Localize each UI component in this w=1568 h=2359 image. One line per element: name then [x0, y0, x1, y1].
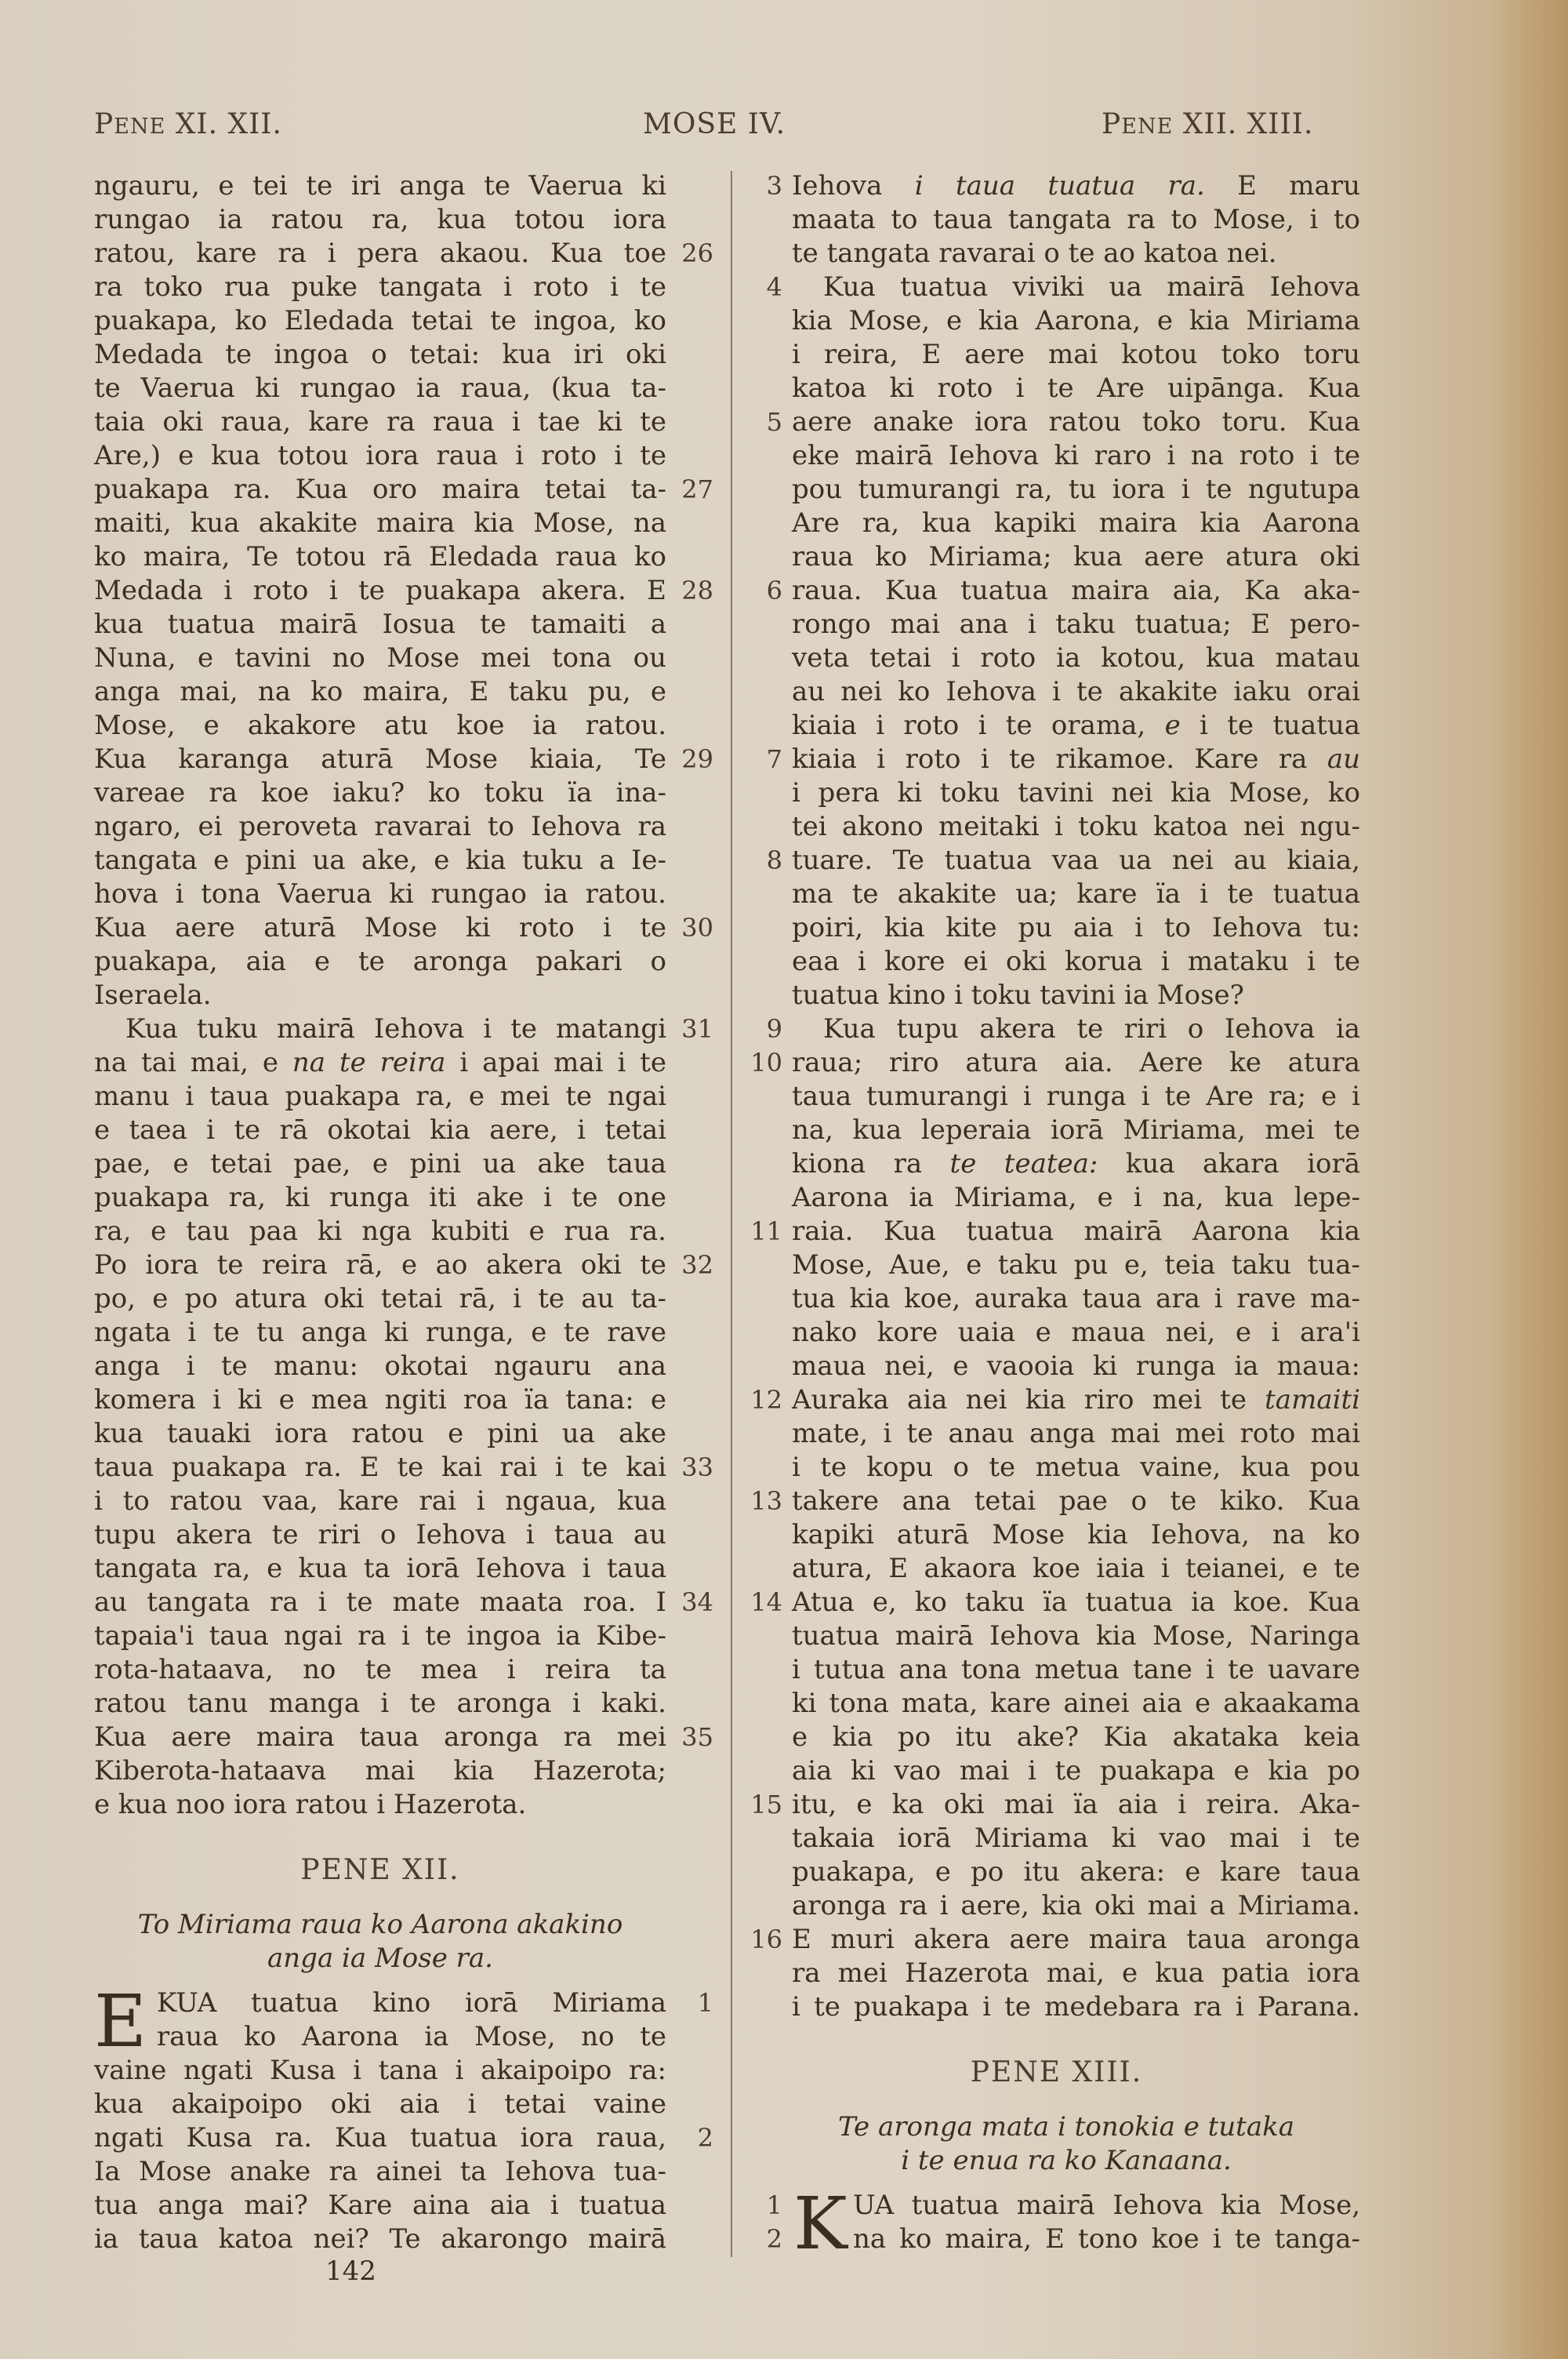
text-line: tupu akera te riri o Iehova i taua au [94, 1518, 706, 1552]
chapter-heading: PENE XII. [94, 1833, 666, 1908]
text-run: taia oki raua, kare ra raua i tae ki te [94, 406, 666, 438]
text-run: taua tumurangi i runga i te Are ra; e i [792, 1081, 1360, 1112]
text-line: maata to taua tangata ra to Mose, i to [753, 203, 1380, 237]
verse-text: puakapa ra. Kua oro maira tetai ta- [94, 473, 666, 507]
text-line: tuare. Te tuatua vaa ua nei au kiaia,8 [753, 844, 1380, 878]
text-line: tei akono meitaki i toku katoa nei ngu- [753, 810, 1380, 844]
verse-text: na ko maira, E tono koe i te tanga- [853, 2223, 1360, 2256]
verse-text: tupu akera te riri o Iehova i taua au [94, 1518, 666, 1552]
text-run: Medada te ingoa o tetai: kua iri oki [94, 339, 666, 370]
text-run: kia Mose, e kia Aarona, e kia Miriama [792, 305, 1360, 336]
verse-number: 26 [674, 237, 713, 271]
verse-text: ratou tanu manga i te aronga i kaki. [94, 1687, 666, 1721]
text-line: te tangata ravarai o te ao katoa nei. [753, 237, 1380, 271]
verse-number: 33 [674, 1451, 713, 1485]
italic-text-run: au [1327, 743, 1360, 775]
text-run: puakapa, aia e te aronga pakari o [94, 946, 666, 977]
spacer [753, 2024, 1380, 2035]
text-run: rongo mai ana i taku tuatua; E pero- [792, 609, 1360, 640]
text-line: eaa i kore ei oki korua i mataku i te [753, 945, 1380, 979]
spacer [94, 1822, 706, 1833]
text-run: raua. Kua tuatua maira aia, Ka aka- [792, 575, 1360, 606]
verse-number: 11 [746, 1215, 782, 1249]
verse-number: 1 [674, 1986, 713, 2020]
verse-number: 4 [746, 271, 782, 304]
verse-text: maiti, kua akakite maira kia Mose, na [94, 507, 666, 540]
text-run: Are,) e kua totou iora raua i roto i te [94, 440, 666, 471]
verse-text: takere ana tetai pae o te kiko. Kua [792, 1485, 1360, 1518]
text-run: i tutua ana tona metua tane i te uavare [792, 1654, 1360, 1685]
text-run: tangata e pini ua ake, e kia tuku a Ie- [94, 845, 666, 876]
verse-text: kiaia i roto i te orama, e i te tuatua [792, 709, 1360, 743]
text-line: e kua noo iora ratou i Hazerota. [94, 1788, 706, 1822]
text-line: raua. Kua tuatua maira aia, Ka aka-6 [753, 574, 1380, 608]
verse-text: itu, e ka oki mai ïa aia i reira. Aka- [792, 1788, 1360, 1822]
text-line: taia oki raua, kare ra raua i tae ki te [94, 405, 706, 439]
verse-text: maua nei, e vaooia ki runga ia maua: [792, 1350, 1360, 1383]
verse-text: i te puakapa i te medebara ra i Parana. [792, 1990, 1360, 2024]
chapter-summary: To Miriama raua ko Aarona akakino [94, 1908, 666, 1942]
text-line: aia ki vao mai i te puakapa e kia po [753, 1754, 1380, 1788]
verse-text: i reira, E aere mai kotou toko toru [792, 338, 1360, 372]
text-run: ra mei Hazerota mai, e kua patia iora [792, 1957, 1360, 1989]
verse-text: tuatua kino i toku tavini ia Mose? [792, 979, 1360, 1012]
text-run: puakapa, e po itu akera: e kare taua [792, 1856, 1360, 1888]
text-line: i te puakapa i te medebara ra i Parana. [753, 1990, 1380, 2024]
text-run: rungao ia ratou ra, kua totou iora [94, 204, 666, 235]
verse-number: 14 [746, 1586, 782, 1619]
text-line: rongo mai ana i taku tuatua; E pero- [753, 608, 1380, 642]
verse-text: aia ki vao mai i te puakapa e kia po [792, 1754, 1360, 1788]
verse-text: puakapa, ko Eledada tetai te ingoa, ko [94, 304, 666, 338]
text-line: ma te akakite ua; kare ïa i te tuatua [753, 878, 1380, 911]
text-run: poiri, kia kite pu aia i to Iehova tu: [792, 912, 1360, 943]
verse-number: 3 [746, 169, 782, 203]
text-run: i apai mai i te [445, 1047, 666, 1078]
verse-text: aere anake iora ratou toko toru. Kua [792, 405, 1360, 439]
text-run: i te kopu o te metua vaine, kua pou [792, 1452, 1360, 1483]
text-run: au nei ko Iehova i te akakite iaku orai [792, 676, 1360, 707]
verse-text: ra, e tau paa ki nga kubiti e rua ra. [94, 1215, 666, 1249]
text-line: rungao ia ratou ra, kua totou iora [94, 203, 706, 237]
text-run: ko maira, Te totou rā Eledada raua ko [94, 541, 666, 572]
text-line: kapiki aturā Mose kia Iehova, na ko [753, 1518, 1380, 1552]
text-line: ngati Kusa ra. Kua tuatua iora raua,2 [94, 2121, 706, 2155]
text-run: itu, e ka oki mai ïa aia i reira. Aka- [792, 1789, 1360, 1820]
text-line: puakapa, e po itu akera: e kare taua [753, 1856, 1380, 1889]
verse-text: Medada i roto i te puakapa akera. E [94, 574, 666, 608]
verse-text: Kua aere aturā Mose ki roto i te [94, 911, 666, 945]
verse-text: ra mei Hazerota mai, e kua patia iora [792, 1957, 1360, 1990]
verse-text: tapaia'i taua ngai ra i te ingoa ia Kibe… [94, 1619, 666, 1653]
text-line: eke mairā Iehova ki raro i na roto i te [753, 439, 1380, 473]
verse-text: Are ra, kua kapiki maira kia Aarona [792, 507, 1360, 540]
text-line: veta tetai i roto ia kotou, kua matau [753, 642, 1380, 675]
text-line: pou tumurangi ra, tu iora i te ngutupa [753, 473, 1380, 507]
verse-text: na tai mai, e na te reira i apai mai i t… [94, 1046, 666, 1080]
verse-text: tuare. Te tuatua vaa ua nei au kiaia, [792, 844, 1360, 878]
verse-text: te Vaerua ki rungao ia raua, (kua ta- [94, 372, 666, 405]
text-run: E maru [1205, 170, 1360, 202]
verse-text: katoa ki roto i te Are uipānga. Kua [792, 372, 1360, 405]
verse-text: E muri akera aere maira taua aronga [792, 1923, 1360, 1957]
text-run: atura, E akaora koe iaia i teianei, e te [792, 1553, 1360, 1584]
small-caps: ENE [114, 114, 165, 139]
verse-text: ratou, kare ra i pera akaou. Kua toe [94, 237, 666, 271]
verse-text: Po iora te reira rā, e ao akera oki te [94, 1249, 666, 1282]
text-line: ko maira, Te totou rā Eledada raua ko [94, 540, 706, 574]
verse-text: Kua aere maira taua aronga ra mei [94, 1721, 666, 1754]
text-run: eaa i kore ei oki korua i mataku i te [792, 946, 1360, 977]
text-line: puakapa, ko Eledada tetai te ingoa, ko [94, 304, 706, 338]
verse-text: Aarona ia Miriama, e i na, kua lepe- [792, 1181, 1360, 1215]
text-line: tangata ra, e kua ta iorā Iehova i taua [94, 1552, 706, 1586]
verse-text: komera i ki e mea ngiti roa ïa tana: e [94, 1383, 666, 1417]
text-run: UA tuatua mairā Iehova kia Mose, [853, 2190, 1360, 2221]
text-run: tuare. Te tuatua vaa ua nei au kiaia, [792, 845, 1360, 876]
text-line: Mose, e akakore atu koe ia ratou. [94, 709, 706, 743]
text-run: tei akono meitaki i toku katoa nei ngu- [792, 811, 1360, 842]
verse-text: pou tumurangi ra, tu iora i te ngutupa [792, 473, 1360, 507]
text-line: raua ko Aarona ia Mose, no te [94, 2020, 706, 2054]
verse-number: 10 [746, 1046, 782, 1080]
text-line: puakapa ra. Kua oro maira tetai ta-27 [94, 473, 706, 507]
verse-text: anga i te manu: okotai ngauru ana [94, 1350, 666, 1383]
verse-text: i to ratou vaa, kare rai i ngaua, kua [94, 1485, 666, 1518]
verse-text: ngata i te tu anga ki runga, e te rave [94, 1316, 666, 1350]
text-run: po, e po atura oki tetai rā, i te au ta- [94, 1283, 666, 1314]
text-line: e kia po itu ake? Kia akataka keia [753, 1721, 1380, 1754]
verse-text: Iehova i taua tuatua ra. E maru [792, 169, 1360, 203]
text-run: raua; riro atura aia. Aere ke atura [792, 1047, 1360, 1078]
text-run: maata to taua tangata ra to Mose, i to [792, 204, 1360, 235]
text-line: Kua tuatua viviki ua mairā Iehova4 [753, 271, 1380, 304]
text-run: aere anake iora ratou toko toru. Kua [792, 406, 1360, 438]
verse-number: 32 [674, 1249, 713, 1282]
text-run: Ia Mose anake ra ainei ta Iehova tua- [94, 2156, 666, 2187]
book-page: PENE XI. XII. MOSE IV. PENE XII. XIII. n… [0, 0, 1568, 2359]
verse-text: pae, e tetai pae, e pini ua ake taua [94, 1147, 666, 1181]
text-run: E muri akera aere maira taua aronga [792, 1924, 1360, 1955]
verse-text: Auraka aia nei kia riro mei te tamaiti [792, 1383, 1360, 1417]
text-line: tapaia'i taua ngai ra i te ingoa ia Kibe… [94, 1619, 706, 1653]
text-line: komera i ki e mea ngiti roa ïa tana: e [94, 1383, 706, 1417]
verse-text: tei akono meitaki i toku katoa nei ngu- [792, 810, 1360, 844]
text-line: i tutua ana tona metua tane i te uavare [753, 1653, 1380, 1687]
text-run: eke mairā Iehova ki raro i na roto i te [792, 440, 1360, 471]
verse-number: 31 [674, 1012, 713, 1046]
text-run: komera i ki e mea ngiti roa ïa tana: e [94, 1384, 666, 1416]
text-line: ngata i te tu anga ki runga, e te rave [94, 1316, 706, 1350]
verse-number: 9 [746, 1012, 782, 1046]
text-line: takere ana tetai pae o te kiko. Kua13 [753, 1485, 1380, 1518]
text-line: aronga ra i aere, kia oki mai a Miriama. [753, 1889, 1380, 1923]
text-run: ia taua katoa nei? Te akarongo mairā [94, 2223, 666, 2255]
text-run: e taea i te rā okotai kia aere, i tetai [94, 1114, 666, 1146]
text-run: Mose, Aue, e taku pu e, teia taku tua- [792, 1249, 1360, 1281]
verse-text: e kia po itu ake? Kia akataka keia [792, 1721, 1360, 1754]
text-run: Nuna, e tavini no Mose mei tona ou [94, 642, 666, 674]
verse-number: 27 [674, 473, 713, 507]
text-line: Po iora te reira rā, e ao akera oki te32 [94, 1249, 706, 1282]
text-run: Kua aere maira taua aronga ra mei [94, 1721, 666, 1753]
text-run: i te puakapa i te medebara ra i Parana. [792, 1991, 1360, 2023]
text-run: na tai mai, e [94, 1047, 292, 1078]
text-run: tuatua kino i toku tavini ia Mose? [792, 980, 1244, 1011]
verse-text: rungao ia ratou ra, kua totou iora [94, 203, 666, 237]
text-line: kua akaipoipo oki aia i tetai vaine [94, 2088, 706, 2121]
verse-text: Iseraela. [94, 979, 666, 1012]
text-run: tangata ra, e kua ta iorā Iehova i taua [94, 1553, 666, 1584]
text-run: Kua tuatua viviki ua mairā Iehova [823, 271, 1360, 303]
text-line: ia taua katoa nei? Te akarongo mairā [94, 2223, 706, 2256]
text-line: i reira, E aere mai kotou toko toru [753, 338, 1380, 372]
verse-text: takaia iorā Miriama ki vao mai i te [792, 1822, 1360, 1856]
text-run: aia ki vao mai i te puakapa e kia po [792, 1755, 1360, 1787]
text-line: puakapa ra, ki runga iti ake i te one [94, 1181, 706, 1215]
text-run: puakapa ra, ki runga iti ake i te one [94, 1182, 666, 1213]
text-line: ra, e tau paa ki nga kubiti e rua ra. [94, 1215, 706, 1249]
chapter-summary: i te enua ra ko Kanaana. [753, 2144, 1360, 2178]
verse-number: 8 [746, 844, 782, 878]
verse-text: kua tuatua mairā Iosua te tamaiti a [94, 608, 666, 642]
small-caps: ENE [1121, 114, 1173, 139]
text-line: nako kore uaia e maua nei, e i ara'i [753, 1316, 1380, 1350]
text-run: kua tuatua mairā Iosua te tamaiti a [94, 609, 666, 640]
text-line: au nei ko Iehova i te akakite iaku orai [753, 675, 1380, 709]
text-run: Iseraela. [94, 980, 212, 1011]
text-line: Kua tupu akera te riri o Iehova ia9 [753, 1012, 1380, 1046]
text-run: takaia iorā Miriama ki vao mai i te [792, 1823, 1360, 1854]
verse-text: e kua noo iora ratou i Hazerota. [94, 1788, 666, 1822]
verse-text: Kua tuku mairā Iehova i te matangi [94, 1012, 666, 1046]
text-run: KUA tuatua kino iorā Miriama [157, 1987, 666, 2019]
text-run: maua nei, e vaooia ki runga ia maua: [792, 1350, 1360, 1382]
text-line: itu, e ka oki mai ïa aia i reira. Aka-15 [753, 1788, 1380, 1822]
text-line: ki tona mata, kare ainei aia e akaakama [753, 1687, 1380, 1721]
text-run: i to ratou vaa, kare rai i ngaua, kua [94, 1485, 666, 1517]
verse-text: kua tauaki iora ratou e pini ua ake [94, 1417, 666, 1451]
text-run: na ko maira, E tono koe i te tanga- [853, 2223, 1360, 2255]
text-line: Iehova i taua tuatua ra. E maru3 [753, 169, 1380, 203]
text-line: vareae ra koe iaku? ko toku ïa ina- [94, 776, 706, 810]
verse-text: raua ko Aarona ia Mose, no te [157, 2020, 666, 2054]
verse-text: Mose, Aue, e taku pu e, teia taku tua- [792, 1249, 1360, 1282]
verse-text: kia Mose, e kia Aarona, e kia Miriama [792, 304, 1360, 338]
verse-text: ngaro, ei peroveta ravarai to Iehova ra [94, 810, 666, 844]
verse-text: poiri, kia kite pu aia i to Iehova tu: [792, 911, 1360, 945]
text-line: na ko maira, E tono koe i te tanga-2 [753, 2223, 1380, 2256]
text-run: Kua tupu akera te riri o Iehova ia [823, 1013, 1360, 1045]
text-run: vaine ngati Kusa i tana i akaipoipo ra: [94, 2055, 666, 2086]
text-run: ma te akakite ua; kare ïa i te tuatua [792, 878, 1360, 910]
text-line: Are ra, kua kapiki maira kia Aarona [753, 507, 1380, 540]
verse-text: UA tuatua mairā Iehova kia Mose, [853, 2189, 1360, 2223]
text-run: ratou tanu manga i te aronga i kaki. [94, 1688, 666, 1719]
text-run: puakapa ra. Kua oro maira tetai ta- [94, 474, 666, 505]
text-run: tua anga mai? Kare aina aia i tuatua [94, 2190, 666, 2221]
text-run: Iehova [792, 170, 915, 202]
text-line: tangata e pini ua ake, e kia tuku a Ie- [94, 844, 706, 878]
text-line: pae, e tetai pae, e pini ua ake taua [94, 1147, 706, 1181]
text-run: ra, e tau paa ki nga kubiti e rua ra. [94, 1216, 666, 1247]
verse-text: puakapa, aia e te aronga pakari o [94, 945, 666, 979]
italic-text-run: e [1165, 710, 1181, 741]
text-line: mate, i te anau anga mai mei roto mai [753, 1417, 1380, 1451]
text-line: ngauru, e tei te iri anga te Vaerua ki [94, 169, 706, 203]
text-line: ratou, kare ra i pera akaou. Kua toe26 [94, 237, 706, 271]
text-run: ratou, kare ra i pera akaou. Kua toe [94, 238, 666, 269]
text-run: rota-hataava, no te mea i reira ta [94, 1654, 666, 1685]
verse-number: 6 [746, 574, 782, 608]
text-run: pou tumurangi ra, tu iora i te ngutupa [792, 474, 1360, 505]
text-line: e taea i te rā okotai kia aere, i tetai [94, 1114, 706, 1147]
italic-text-run: na te reira [292, 1047, 446, 1078]
text-run: Are ra, kua kapiki maira kia Aarona [792, 507, 1360, 539]
text-line: tua anga mai? Kare aina aia i tuatua [94, 2189, 706, 2223]
verse-number: 15 [746, 1788, 782, 1822]
text-run: hova i tona Vaerua ki rungao ia ratou. [94, 878, 666, 910]
text-line: rota-hataava, no te mea i reira ta [94, 1653, 706, 1687]
text-line: tuatua kino i toku tavini ia Mose? [753, 979, 1380, 1012]
verse-text: raua. Kua tuatua maira aia, Ka aka- [792, 574, 1360, 608]
verse-text: hova i tona Vaerua ki rungao ia ratou. [94, 878, 666, 911]
verse-text: nako kore uaia e maua nei, e i ara'i [792, 1316, 1360, 1350]
verse-number: 1 [746, 2189, 782, 2223]
text-line: ra toko rua puke tangata i roto i te [94, 271, 706, 304]
text-run: i te tuatua [1181, 710, 1360, 741]
verse-text: eke mairā Iehova ki raro i na roto i te [792, 439, 1360, 473]
text-run: ngati Kusa ra. Kua tuatua iora raua, [94, 2122, 666, 2154]
text-run: raia. Kua tuatua mairā Aarona kia [792, 1216, 1360, 1247]
verse-text: te tangata ravarai o te ao katoa nei. [792, 237, 1360, 271]
text-run: Aarona ia Miriama, e i na, kua lepe- [792, 1182, 1360, 1213]
text-run: Mose, e akakore atu koe ia ratou. [94, 710, 666, 741]
verse-text: eaa i kore ei oki korua i mataku i te [792, 945, 1360, 979]
text-run: Kiberota-hataava mai kia Hazerota; [94, 1755, 666, 1787]
verse-text: tua anga mai? Kare aina aia i tuatua [94, 2189, 666, 2223]
verse-text: anga mai, na ko maira, E taku pu, e [94, 675, 666, 709]
verse-text: na, kua leperaia iorā Miriama, mei te [792, 1114, 1360, 1147]
verse-text: i tutua ana tona metua tane i te uavare [792, 1653, 1360, 1687]
text-run: vareae ra koe iaku? ko toku ïa ina- [94, 777, 666, 809]
verse-text: taua puakapa ra. E te kai rai i te kai [94, 1451, 666, 1485]
chapter-summary: anga ia Mose ra. [94, 1942, 666, 1976]
text-line: kiona ra te teatea: kua akara iorā [753, 1147, 1380, 1181]
verse-text: Atua e, ko taku ïa tuatua ia koe. Kua [792, 1586, 1360, 1619]
column-divider [731, 171, 732, 2257]
verse-text: atura, E akaora koe iaia i teianei, e te [792, 1552, 1360, 1586]
verse-text: Kua karanga aturā Mose kiaia, Te [94, 743, 666, 776]
verse-text: e taea i te rā okotai kia aere, i tetai [94, 1114, 666, 1147]
text-line: maua nei, e vaooia ki runga ia maua: [753, 1350, 1380, 1383]
verse-text: raia. Kua tuatua mairā Aarona kia [792, 1215, 1360, 1249]
text-line: Are,) e kua totou iora raua i roto i te [94, 439, 706, 473]
verse-text: Kua tuatua viviki ua mairā Iehova [792, 271, 1360, 304]
verse-text: au nei ko Iehova i te akakite iaku orai [792, 675, 1360, 709]
verse-number: 28 [674, 574, 713, 608]
text-line: Kua karanga aturā Mose kiaia, Te29 [94, 743, 706, 776]
chapter-summary: Te aronga mata i tonokia e tutaka [753, 2110, 1360, 2144]
text-run: Kua aere aturā Mose ki roto i te [94, 912, 666, 943]
text-run: ngauru, e tei te iri anga te Vaerua ki [94, 170, 666, 202]
text-run: tuatua mairā Iehova kia Mose, Naringa [792, 1620, 1360, 1652]
text-line: tua kia koe, auraka taua ara i rave ma- [753, 1282, 1380, 1316]
running-head-right: PENE XII. XIII. [1102, 108, 1313, 140]
text-run: Medada i roto i te puakapa akera. E [94, 575, 666, 606]
text-run: tapaia'i taua ngai ra i te ingoa ia Kibe… [94, 1620, 666, 1652]
verse-text: puakapa, e po itu akera: e kare taua [792, 1856, 1360, 1889]
text-run: anga i te manu: okotai ngauru ana [94, 1350, 666, 1382]
text-run: veta tetai i roto ia kotou, kua matau [792, 642, 1360, 674]
text-run: kiona ra [792, 1148, 950, 1179]
text-run: kua tauaki iora ratou e pini ua ake [94, 1418, 666, 1449]
text-line: i te kopu o te metua vaine, kua pou [753, 1451, 1380, 1485]
verse-number: 16 [746, 1923, 782, 1957]
running-head-center-text: MOSE IV. [643, 108, 786, 140]
text-line: puakapa, aia e te aronga pakari o [94, 945, 706, 979]
verse-text: kapiki aturā Mose kia Iehova, na ko [792, 1518, 1360, 1552]
text-line: Medada te ingoa o tetai: kua iri oki [94, 338, 706, 372]
text-run: raua ko Aarona ia Mose, no te [157, 2021, 666, 2052]
text-run: raua ko Miriama; kua aere atura oki [792, 541, 1360, 572]
text-run: katoa ki roto i te Are uipānga. Kua [792, 373, 1360, 404]
text-line: kua tuatua mairā Iosua te tamaiti a [94, 608, 706, 642]
verse-text: kua akaipoipo oki aia i tetai vaine [94, 2088, 666, 2121]
text-line: kua tauaki iora ratou e pini ua ake [94, 1417, 706, 1451]
text-run: au tangata ra i te mate maata roa. I [94, 1587, 666, 1618]
verse-number: 29 [674, 743, 713, 776]
verse-number: 2 [746, 2223, 782, 2256]
verse-text: ngauru, e tei te iri anga te Vaerua ki [94, 169, 666, 203]
text-line: hova i tona Vaerua ki rungao ia ratou. [94, 878, 706, 911]
verse-text: Ia Mose anake ra ainei ta Iehova tua- [94, 2155, 666, 2189]
verse-text: manu i taua puakapa ra, e mei te ngai [94, 1080, 666, 1114]
verse-text: veta tetai i roto ia kotou, kua matau [792, 642, 1360, 675]
text-run: taua puakapa ra. E te kai rai i te kai [94, 1452, 666, 1483]
verse-text: ngati Kusa ra. Kua tuatua iora raua, [94, 2121, 666, 2155]
verse-number: 34 [674, 1586, 713, 1619]
text-line: raia. Kua tuatua mairā Aarona kia11 [753, 1215, 1380, 1249]
verse-text: vaine ngati Kusa i tana i akaipoipo ra: [94, 2054, 666, 2088]
text-run: manu i taua puakapa ra, e mei te ngai [94, 1081, 666, 1112]
text-run: Kua karanga aturā Mose kiaia, Te [94, 743, 666, 775]
text-run: ra toko rua puke tangata i roto i te [94, 271, 666, 303]
text-line: manu i taua puakapa ra, e mei te ngai [94, 1080, 706, 1114]
text-run: e kua noo iora ratou i Hazerota. [94, 1789, 526, 1820]
text-line: poiri, kia kite pu aia i to Iehova tu: [753, 911, 1380, 945]
text-run: i reira, E aere mai kotou toko toru [792, 339, 1360, 370]
verse-text: tangata ra, e kua ta iorā Iehova i taua [94, 1552, 666, 1586]
chapter-heading: PENE XIII. [753, 2035, 1360, 2110]
text-line: Auraka aia nei kia riro mei te tamaiti12 [753, 1383, 1380, 1417]
text-line: raua; riro atura aia. Aere ke atura10 [753, 1046, 1380, 1080]
text-run: na, kua leperaia iorā Miriama, mei te [792, 1114, 1360, 1146]
text-line: au tangata ra i te mate maata roa. I34 [94, 1586, 706, 1619]
verse-text: Are,) e kua totou iora raua i roto i te [94, 439, 666, 473]
text-run: Kua tuku mairā Iehova i te matangi [125, 1013, 666, 1045]
running-head-book-title: MOSE IV. [643, 108, 786, 140]
text-line: E muri akera aere maira taua aronga16 [753, 1923, 1380, 1957]
text-line: na, kua leperaia iorā Miriama, mei te [753, 1114, 1380, 1147]
verse-text: puakapa ra, ki runga iti ake i te one [94, 1181, 666, 1215]
verse-number: 12 [746, 1383, 782, 1417]
verse-text: aronga ra i aere, kia oki mai a Miriama. [792, 1889, 1360, 1923]
verse-number: 7 [746, 743, 782, 776]
text-line: anga mai, na ko maira, E taku pu, e [94, 675, 706, 709]
text-line: aere anake iora ratou toko toru. Kua5 [753, 405, 1380, 439]
text-run: ki tona mata, kare ainei aia e akaakama [792, 1688, 1360, 1719]
